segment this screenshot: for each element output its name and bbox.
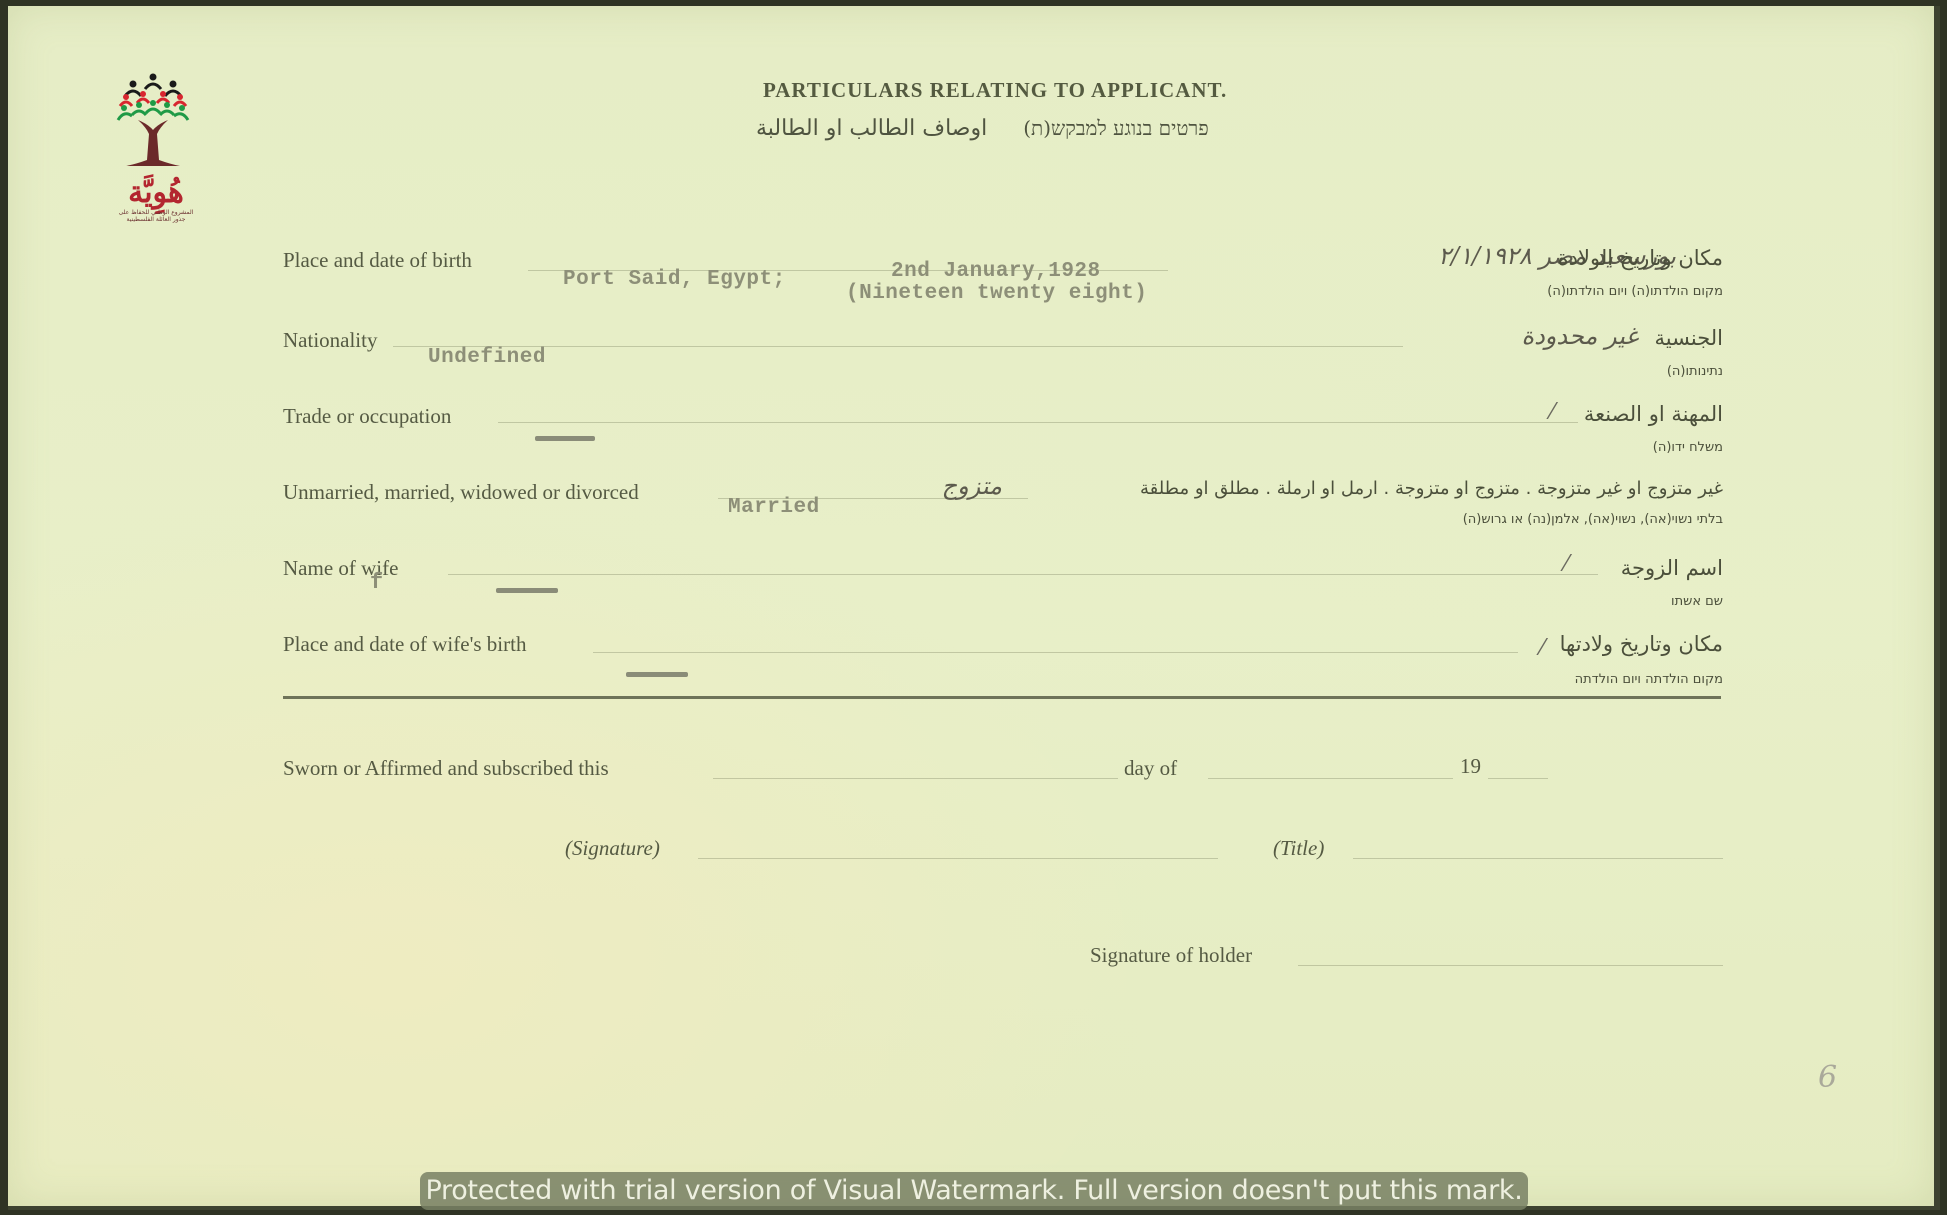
handwritten-marital-arabic: متزوج	[942, 472, 1002, 500]
arabic-label-marital: غير متزوج او غير متزوجة . متزوج او متزوج…	[1140, 478, 1723, 499]
typed-wife-name-dash	[496, 588, 558, 593]
label-sworn: Sworn or Affirmed and subscribed this	[283, 756, 609, 781]
label-day-of: day of	[1124, 756, 1177, 781]
page-title: PARTICULARS RELATING TO APPLICANT.	[763, 78, 1227, 103]
subtitle-hebrew: פרטים בנוגע למבקש(ת)	[1023, 116, 1209, 140]
typed-overstrike-char: f	[370, 570, 384, 595]
typed-occupation-dash	[535, 436, 595, 441]
page-subtitle: פרטים בנוגע למבקש(ת) اوصاف الطالب او الط…	[756, 116, 1209, 141]
hebrew-label-occupation: משלח ידו(ה)	[1653, 440, 1723, 455]
typed-nationality: Undefined	[428, 346, 546, 369]
label-nationality: Nationality	[283, 328, 377, 353]
sworn-day-line[interactable]	[713, 778, 1118, 779]
field-line	[593, 652, 1518, 653]
subtitle-arabic: اوصاف الطالب او الطالبة	[756, 116, 987, 141]
label-signature: (Signature)	[565, 836, 660, 861]
field-line	[448, 574, 1598, 575]
label-title: (Title)	[1273, 836, 1324, 861]
sworn-year-line[interactable]	[1488, 778, 1548, 779]
field-line	[498, 422, 1578, 423]
arabic-label-wife-name: اسم الزوجة	[1621, 556, 1723, 580]
typed-marital-status: Married	[728, 496, 820, 519]
label-occupation: Trade or occupation	[283, 404, 451, 429]
watermark-banner: Protected with trial version of Visual W…	[420, 1172, 1528, 1210]
tree-people-icon	[116, 72, 196, 172]
arabic-label-wife-birth: مكان وتاريخ ولادتها	[1560, 632, 1723, 656]
arabic-label-birth: مكان وتاريخ الولادة	[1558, 246, 1723, 270]
handwritten-wife-name-mark: ⁄	[1564, 552, 1568, 577]
label-place-date-birth: Place and date of birth	[283, 248, 472, 273]
section-divider	[283, 696, 1721, 699]
label-year-prefix: 19	[1460, 754, 1481, 779]
label-wife-birth: Place and date of wife's birth	[283, 632, 526, 657]
typed-wife-birth-dash	[626, 672, 688, 677]
page-number-mark: 6	[1818, 1060, 1837, 1095]
title-line[interactable]	[1353, 858, 1723, 859]
label-marital-status: Unmarried, married, widowed or divorced	[283, 480, 639, 505]
arabic-label-nationality: الجنسية	[1655, 326, 1723, 350]
handwritten-nationality-arabic: غير محدودة	[1522, 322, 1638, 350]
label-signature-holder: Signature of holder	[1090, 943, 1252, 968]
holder-signature-line[interactable]	[1298, 965, 1723, 966]
handwritten-occupation-mark: ⁄	[1550, 400, 1554, 425]
typed-birth-place: Port Said, Egypt;	[563, 268, 786, 291]
typed-birth-date-words: (Nineteen twenty eight)	[846, 282, 1147, 305]
arabic-label-occupation: المهنة او الصنعة	[1584, 402, 1723, 426]
logo-wordmark: هُوِيَّة	[116, 177, 196, 209]
hebrew-label-wife-name: שם אשתו	[1671, 594, 1723, 609]
signature-line[interactable]	[698, 858, 1218, 859]
hebrew-label-marital: בלתי נשוי(אה), נשוי(אה), אלמן(נה) או גרו…	[1463, 512, 1723, 527]
logo-caption-line2: جذور العائلة الفلسطينية	[116, 216, 196, 223]
document-page: هُوِيَّة المشروع الوطني للحفاظ على جذور …	[8, 6, 1940, 1210]
hebrew-label-birth: מקום הולדתו(ה) ויום הולדתו(ה)	[1547, 284, 1723, 299]
hawiya-logo: هُوِيَّة المشروع الوطني للحفاظ على جذور …	[116, 72, 196, 247]
typed-birth-date: 2nd January,1928	[891, 260, 1101, 283]
handwritten-wife-birth-mark: ⁄	[1540, 636, 1544, 661]
sworn-month-line[interactable]	[1208, 778, 1453, 779]
hebrew-label-wife-birth: מקום הולדתה ויום הולדתה	[1575, 672, 1723, 687]
logo-caption-line1: المشروع الوطني للحفاظ على	[116, 209, 196, 216]
hebrew-label-nationality: נתינותו(ה)	[1667, 364, 1723, 379]
